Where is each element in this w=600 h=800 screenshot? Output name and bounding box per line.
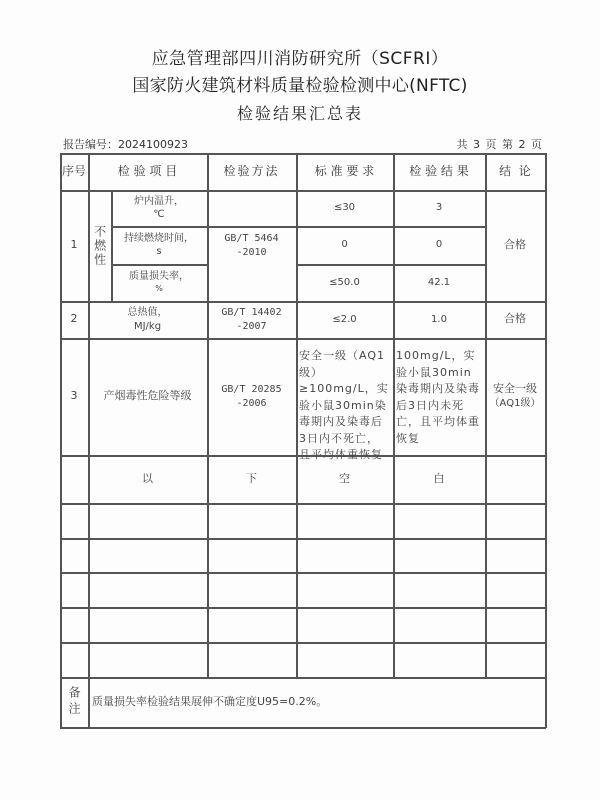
row1-sub2-standard: 0 <box>296 226 393 264</box>
row1-sub1-result: 3 <box>393 190 485 226</box>
row1-sub3-result: 42.1 <box>393 264 485 301</box>
row2-method: GB/T 14402 -2007 <box>207 301 296 338</box>
item-name: 总热值， <box>128 306 168 320</box>
row1-seq: 1 <box>60 190 88 301</box>
col-header-conclusion: 结 论 <box>485 153 545 190</box>
method-line1: GB/T 20285 <box>221 383 281 397</box>
row3-standard: 安全一级（AQ1级）≥100mg/L，实验小鼠30min染毒期内及染毒后3日内不… <box>296 338 393 455</box>
item-unit: MJ/kg <box>134 320 161 334</box>
method-line2: -2010 <box>236 246 266 260</box>
col-header-seq: 序号 <box>60 153 88 190</box>
item-name: 持续燃烧时间， <box>124 232 194 246</box>
col-header-item: 检 验 项 目 <box>88 153 207 190</box>
row3-seq: 3 <box>60 338 88 455</box>
row2-seq: 2 <box>60 301 88 338</box>
blank-marker-4: 白 <box>393 455 485 503</box>
row1-group: 不燃性 <box>88 190 111 301</box>
col-header-method: 检验方法 <box>207 153 296 190</box>
method-line1: GB/T 14402 <box>221 306 281 320</box>
conclusion-line1: 安全一级 <box>493 382 537 397</box>
item-unit: s <box>156 245 161 259</box>
results-table: 序号 检 验 项 目 检验方法 标 准 要 求 检 验 结 果 结 论 1 不燃… <box>0 0 600 800</box>
col-header-standard: 标 准 要 求 <box>296 153 393 190</box>
row2-item: 总热值， MJ/kg <box>88 301 207 338</box>
row1-sub2-item: 持续燃烧时间， s <box>111 226 207 264</box>
notes-label: 备注 <box>60 677 88 727</box>
col-header-result: 检 验 结 果 <box>393 153 485 190</box>
conclusion-line2: （AQ1级） <box>490 397 541 411</box>
blank-marker-2: 下 <box>207 455 296 503</box>
row1-group-label: 不燃性 <box>91 225 107 267</box>
item-name: 质量损失率， <box>129 270 189 284</box>
item-name: 炉内温升， <box>134 195 184 209</box>
row1-sub1-item: 炉内温升， ℃ <box>111 190 207 226</box>
row3-method: GB/T 20285 -2006 <box>207 338 296 455</box>
row1-sub3-standard: ≤50.0 <box>296 264 393 301</box>
row3-conclusion: 安全一级 （AQ1级） <box>485 338 545 455</box>
blank-marker-1: 以 <box>88 455 207 503</box>
blank-marker-3: 空 <box>296 455 393 503</box>
row1-conclusion: 合格 <box>485 190 545 301</box>
row1-sub2-result: 0 <box>393 226 485 264</box>
notes-label-text: 备注 <box>66 686 82 718</box>
notes-text: 质量损失率检验结果展伸不确定度U95=0.2%。 <box>88 677 545 727</box>
row2-standard: ≤2.0 <box>296 301 393 338</box>
item-unit: % <box>155 284 163 295</box>
row2-conclusion: 合格 <box>485 301 545 338</box>
row3-item: 产烟毒性危险等级 <box>88 338 207 455</box>
row1-sub1-standard: ≤30 <box>296 190 393 226</box>
method-line2: -2007 <box>236 320 266 334</box>
method-line1: GB/T 5464 <box>224 232 278 246</box>
row3-result: 100mg/L，实验小鼠30min染毒期内及染毒后3日内未死亡，且平均体重恢复 <box>393 338 485 455</box>
row1-method: GB/T 5464 -2010 <box>207 190 296 301</box>
method-line2: -2006 <box>236 397 266 411</box>
row1-sub3-item: 质量损失率， % <box>111 264 207 301</box>
row2-result: 1.0 <box>393 301 485 338</box>
item-unit: ℃ <box>153 208 164 222</box>
